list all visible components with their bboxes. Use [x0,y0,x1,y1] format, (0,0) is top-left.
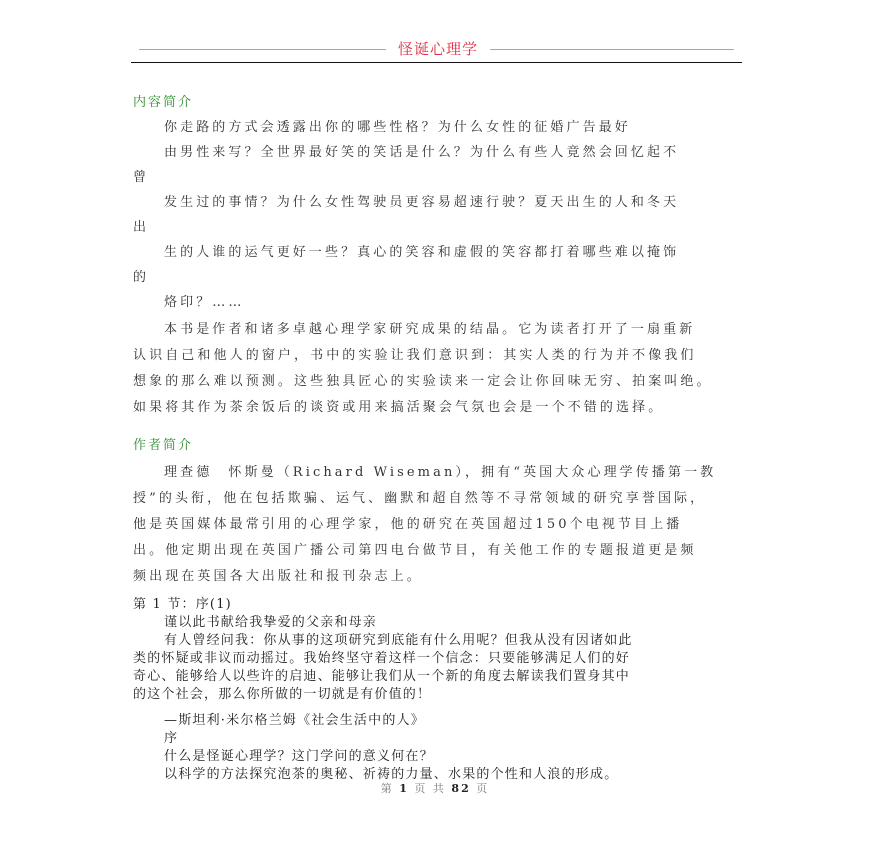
author-line: 出。他定期出现在英国广播公司第四电台做节目，有关他工作的专题报道更是频 [133,539,697,558]
intro-line: 的 [133,266,149,285]
intro-line: 生的人谁的运气更好一些？真心的笑容和虚假的笑容都打着哪些难以掩饰 [164,241,679,260]
footer-prefix: 第 [381,782,394,795]
section1-quote-attribution: —斯坦利·米尔格兰姆《社会生活中的人》 [164,709,425,728]
author-line: 理查德 怀斯曼（Richard Wiseman），拥有“英国大众心理学传播第一教 [164,461,716,480]
intro-line: 烙印？…… [164,291,245,310]
intro-line: 由男性来写？全世界最好笑的笑话是什么？为什么有些人竟然会回忆起不 [164,141,679,160]
intro-line: 想象的那么难以预测。这些独具匠心的实验读来一定会让你回味无穷、拍案叫绝。 [133,370,713,389]
intro-line: 本书是作者和诸多卓越心理学家研究成果的结晶。它为读者打开了一扇重新 [164,318,695,337]
intro-line: 出 [133,216,149,235]
section1-line: 序 [164,727,178,746]
intro-line: 如果将其作为茶余饭后的谈资或用来搞活聚会气氛也会是一个不错的选择。 [133,396,664,415]
section1-line: 谨以此书献给我挚爱的父亲和母亲 [164,611,377,630]
section1-line: 的这个社会，那么你所做的一切就是有价值的！ [133,683,431,702]
section1-line: 有人曾经问我：你从事的这项研究到底能有什么用呢？但我从没有因诸如此 [164,629,633,648]
footer-page-number: 1 [399,782,409,795]
footer-middle: 页 共 [414,782,446,795]
intro-line: 你走路的方式会透露出你的哪些性格？为什么女性的征婚广告最好 [164,116,631,135]
intro-line: 发生过的事情？为什么女性驾驶员更容易超速行驶？夏天出生的人和冬天 [164,191,679,210]
header-rule [131,62,742,63]
header-decor-line-right [490,49,734,50]
author-heading: 作者简介 [133,434,193,453]
section1-heading: 第 1 节：序(1) [133,593,232,612]
intro-heading: 内容简介 [133,91,193,110]
intro-line: 曾 [133,166,149,185]
page-header: 怪诞心理学 [133,38,741,60]
section1-line: 奇心、能够给人以些许的启迪、能够让我们从一个新的角度去解读我们置身其中 [133,665,630,684]
header-title: 怪诞心理学 [388,38,488,60]
author-line: 频出现在英国各大出版社和报刊杂志上。 [133,565,423,584]
author-line: 授”的头衔，他在包括欺骗、运气、幽默和超自然等不寻常领域的研究享誉国际， [133,487,706,506]
author-line: 他是英国媒体最常引用的心理学家，他的研究在英国超过150个电视节目上播 [133,513,682,532]
intro-line: 认识自己和他人的窗户，书中的实验让我们意识到：其实人类的行为并不像我们 [133,344,697,363]
section1-line: 类的怀疑或非议而动摇过。我始终坚守着这样一个信念：只要能够满足人们的好 [133,647,630,666]
footer-total-pages: 82 [451,782,470,795]
header-decor-line-left [139,49,386,50]
section1-line: 什么是怪诞心理学？这门学问的意义何在？ [164,745,434,764]
footer-suffix: 页 [476,782,489,795]
page-footer: 第 1 页 共 82 页 [0,780,870,796]
